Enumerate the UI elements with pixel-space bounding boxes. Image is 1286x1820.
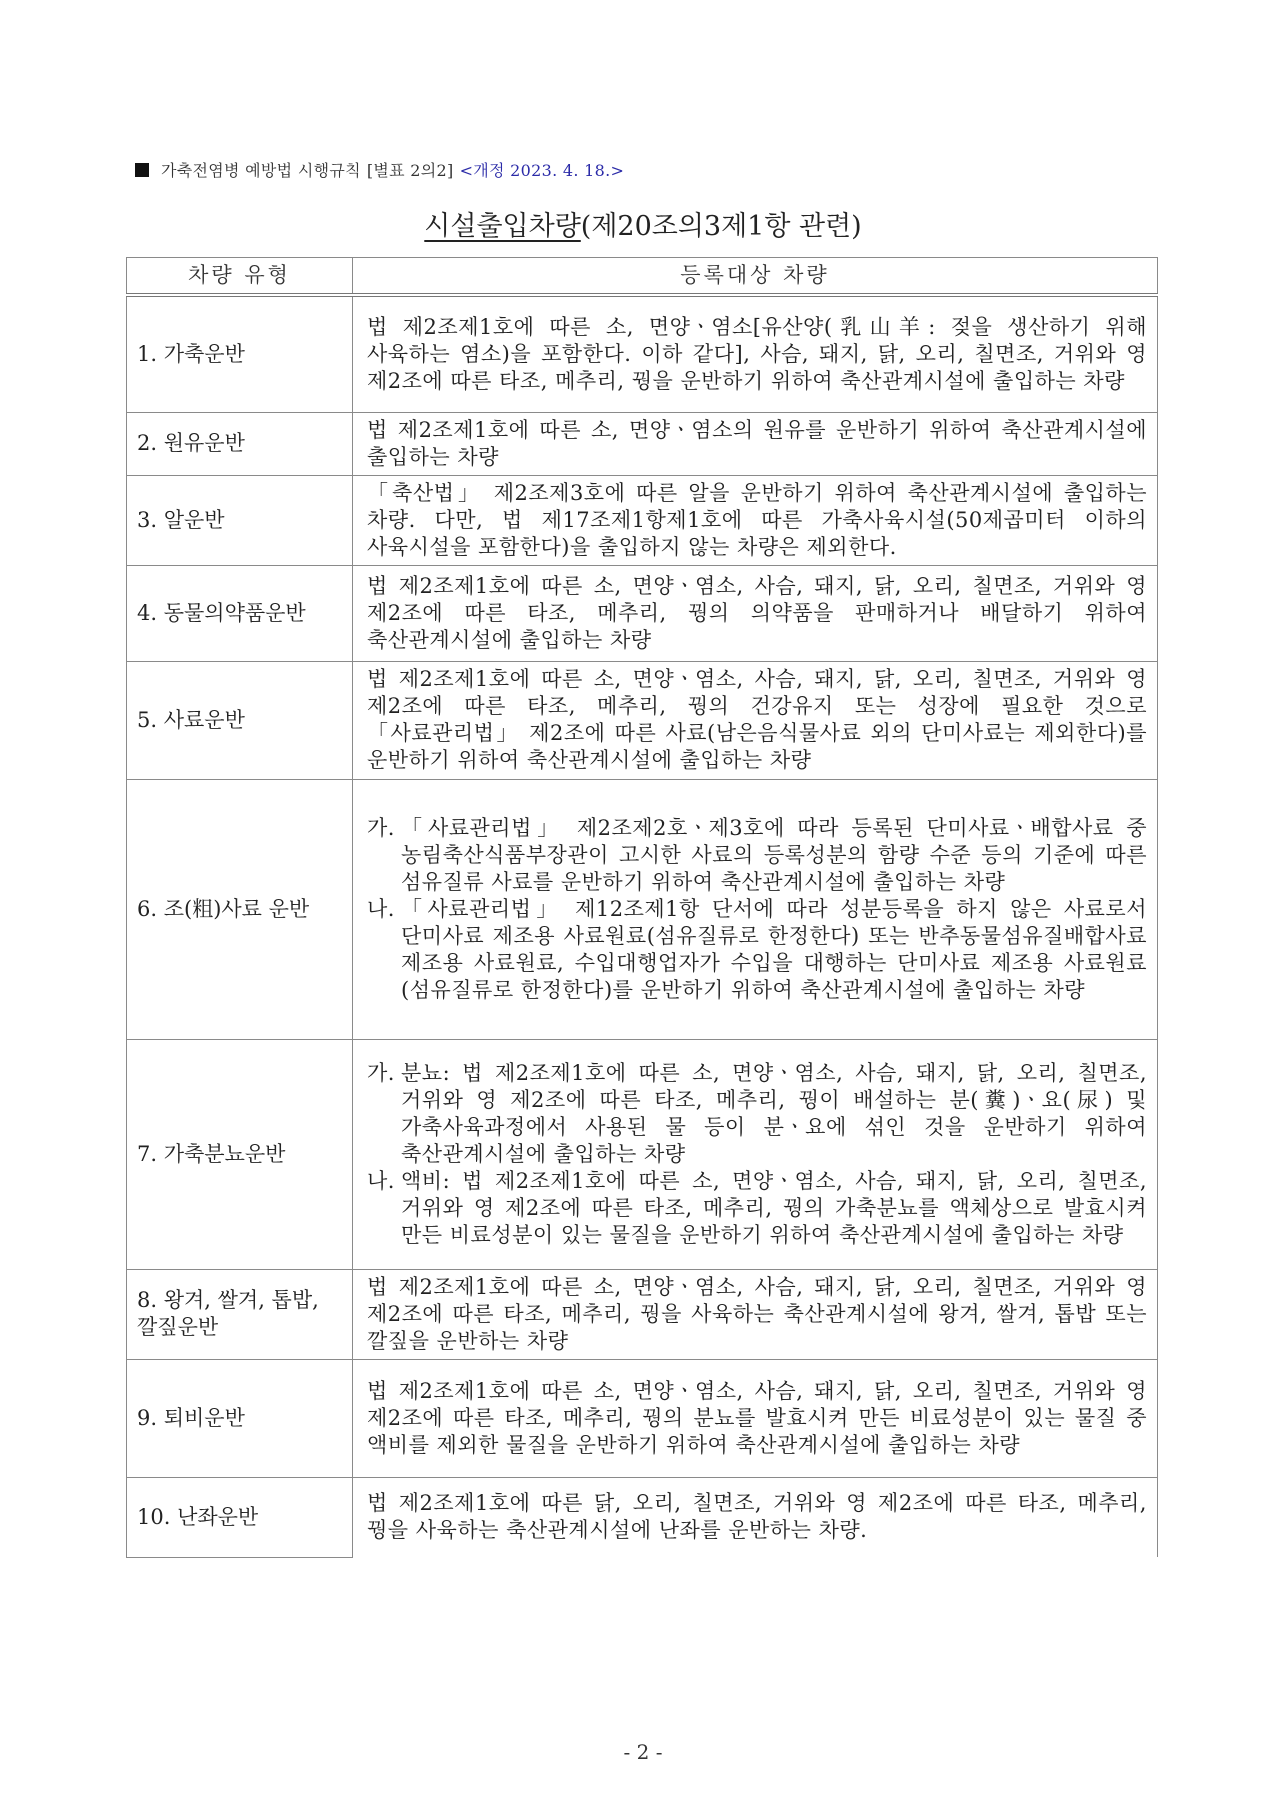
column-header-registration-target: 등록대상 차량 <box>353 258 1158 296</box>
document-header: 가축전염병 예방법 시행규칙 [별표 2의2] <개정 2023. 4. 18.… <box>135 158 624 181</box>
law-name: 가축전염병 예방법 시행규칙 <box>161 158 361 181</box>
vehicle-description: 법 제2조제1호에 따른 소, 면양ㆍ염소[유산양(乳山羊: 젖을 생산하기 위… <box>353 295 1158 412</box>
black-square-icon <box>135 163 149 177</box>
sub-item: 가. 「사료관리법」 제2조제2호ㆍ제3호에 따라 등록된 단미사료ㆍ배합사료 … <box>367 815 1147 896</box>
vehicle-type: 8. 왕겨, 쌀겨, 톱밥, 깔짚운반 <box>127 1269 353 1359</box>
page-title: 시설출입차량(제20조의3제1항 관련) <box>0 204 1286 243</box>
vehicle-description: 법 제2조제1호에 따른 닭, 오리, 칠면조, 거위와 영 제2조에 따른 타… <box>353 1477 1158 1557</box>
sub-item-text: 분뇨: 법 제2조제1호에 따른 소, 면양ㆍ염소, 사슴, 돼지, 닭, 오리… <box>401 1060 1147 1168</box>
title-main: 시설출입차량 <box>424 211 581 242</box>
table-row: 4. 동물의약품운반 법 제2조제1호에 따른 소, 면양ㆍ염소, 사슴, 돼지… <box>127 565 1158 661</box>
vehicle-description: 법 제2조제1호에 따른 소, 면양ㆍ염소, 사슴, 돼지, 닭, 오리, 칠면… <box>353 565 1158 661</box>
vehicle-registration-table: 차량 유형 등록대상 차량 1. 가축운반 법 제2조제1호에 따른 소, 면양… <box>126 257 1158 1558</box>
vehicle-description: 법 제2조제1호에 따른 소, 면양ㆍ염소, 사슴, 돼지, 닭, 오리, 칠면… <box>353 661 1158 779</box>
table-row: 9. 퇴비운반 법 제2조제1호에 따른 소, 면양ㆍ염소, 사슴, 돼지, 닭… <box>127 1359 1158 1477</box>
table-row: 2. 원유운반 법 제2조제1호에 따른 소, 면양ㆍ염소의 원유를 운반하기 … <box>127 412 1158 475</box>
sub-item: 나. 액비: 법 제2조제1호에 따른 소, 면양ㆍ염소, 사슴, 돼지, 닭,… <box>367 1168 1147 1249</box>
vehicle-type: 1. 가축운반 <box>127 295 353 412</box>
sub-item-text: 「사료관리법」 제12조제1항 단서에 따라 성분등록을 하지 않은 사료로서 … <box>401 896 1147 1004</box>
sub-item-text: 액비: 법 제2조제1호에 따른 소, 면양ㆍ염소, 사슴, 돼지, 닭, 오리… <box>401 1168 1147 1249</box>
sub-item: 나. 「사료관리법」 제12조제1항 단서에 따라 성분등록을 하지 않은 사료… <box>367 896 1147 1004</box>
table-row: 6. 조(粗)사료 운반 가. 「사료관리법」 제2조제2호ㆍ제3호에 따라 등… <box>127 779 1158 1039</box>
table-row: 5. 사료운반 법 제2조제1호에 따른 소, 면양ㆍ염소, 사슴, 돼지, 닭… <box>127 661 1158 779</box>
vehicle-description: 법 제2조제1호에 따른 소, 면양ㆍ염소의 원유를 운반하기 위하여 축산관계… <box>353 412 1158 475</box>
table-row: 8. 왕겨, 쌀겨, 톱밥, 깔짚운반 법 제2조제1호에 따른 소, 면양ㆍ염… <box>127 1269 1158 1359</box>
vehicle-type: 5. 사료운반 <box>127 661 353 779</box>
sub-item: 가. 분뇨: 법 제2조제1호에 따른 소, 면양ㆍ염소, 사슴, 돼지, 닭,… <box>367 1060 1147 1168</box>
sub-item-mark: 나. <box>367 896 401 1004</box>
vehicle-type: 9. 퇴비운반 <box>127 1359 353 1477</box>
vehicle-description: 법 제2조제1호에 따른 소, 면양ㆍ염소, 사슴, 돼지, 닭, 오리, 칠면… <box>353 1359 1158 1477</box>
amendment-date: <개정 2023. 4. 18.> <box>460 158 625 181</box>
page-number: - 2 - <box>0 1740 1286 1764</box>
table-row: 10. 난좌운반 법 제2조제1호에 따른 닭, 오리, 칠면조, 거위와 영 … <box>127 1477 1158 1557</box>
sub-item-mark: 가. <box>367 815 401 896</box>
table-row: 1. 가축운반 법 제2조제1호에 따른 소, 면양ㆍ염소[유산양(乳山羊: 젖… <box>127 295 1158 412</box>
table-row: 3. 알운반 「축산법」 제2조제3호에 따른 알을 운반하기 위하여 축산관계… <box>127 475 1158 565</box>
vehicle-description: 「축산법」 제2조제3호에 따른 알을 운반하기 위하여 축산관계시설에 출입하… <box>353 475 1158 565</box>
vehicle-type: 4. 동물의약품운반 <box>127 565 353 661</box>
vehicle-type: 10. 난좌운반 <box>127 1477 353 1557</box>
vehicle-type: 6. 조(粗)사료 운반 <box>127 779 353 1039</box>
vehicle-type: 3. 알운반 <box>127 475 353 565</box>
vehicle-description: 법 제2조제1호에 따른 소, 면양ㆍ염소, 사슴, 돼지, 닭, 오리, 칠면… <box>353 1269 1158 1359</box>
vehicle-description: 가. 분뇨: 법 제2조제1호에 따른 소, 면양ㆍ염소, 사슴, 돼지, 닭,… <box>353 1039 1158 1269</box>
title-reference: (제20조의3제1항 관련) <box>581 211 862 242</box>
sub-item-text: 「사료관리법」 제2조제2호ㆍ제3호에 따라 등록된 단미사료ㆍ배합사료 중 농… <box>401 815 1147 896</box>
column-header-vehicle-type: 차량 유형 <box>127 258 353 296</box>
vehicle-type: 7. 가축분뇨운반 <box>127 1039 353 1269</box>
vehicle-type: 2. 원유운반 <box>127 412 353 475</box>
table-row: 7. 가축분뇨운반 가. 분뇨: 법 제2조제1호에 따른 소, 면양ㆍ염소, … <box>127 1039 1158 1269</box>
vehicle-description: 가. 「사료관리법」 제2조제2호ㆍ제3호에 따라 등록된 단미사료ㆍ배합사료 … <box>353 779 1158 1039</box>
sub-item-mark: 나. <box>367 1168 401 1249</box>
sub-item-mark: 가. <box>367 1060 401 1168</box>
annex-label: [별표 2의2] <box>367 158 454 181</box>
table-header-row: 차량 유형 등록대상 차량 <box>127 258 1158 296</box>
